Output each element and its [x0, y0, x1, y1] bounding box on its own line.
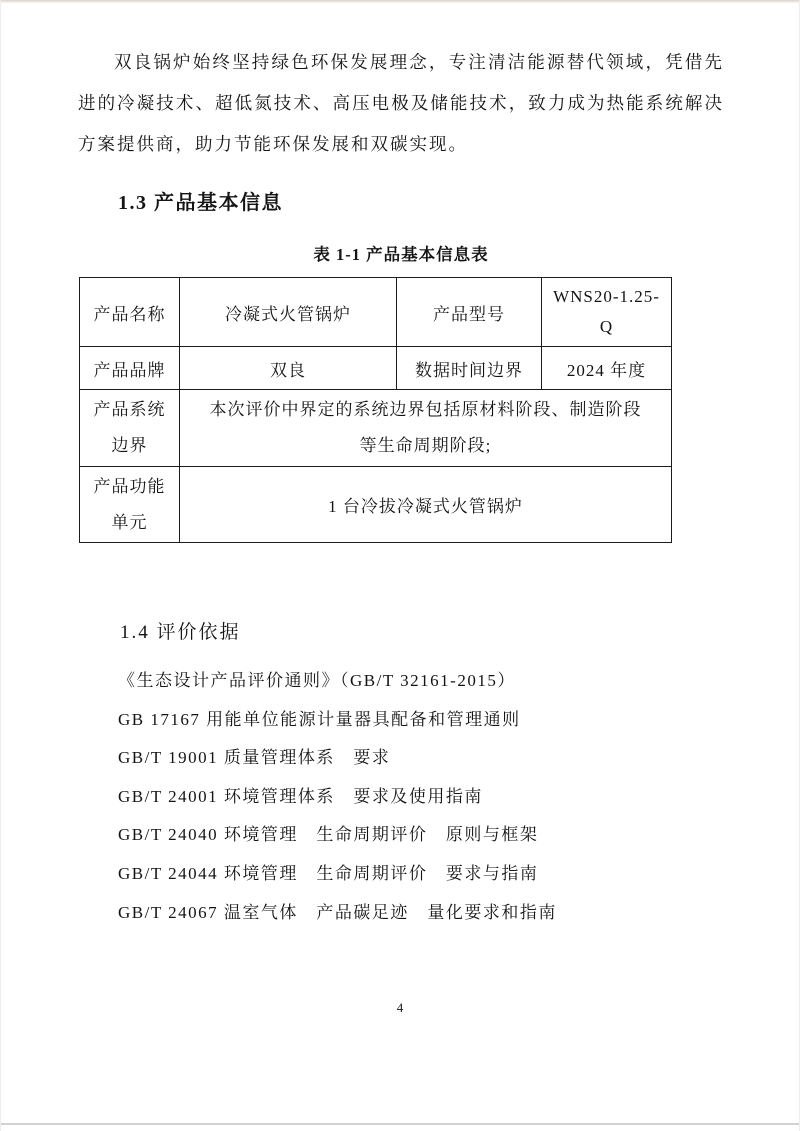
- paragraph-line: 方案提供商，助力节能环保发展和双碳实现。: [78, 124, 724, 165]
- cell-product-model-value: WNS20-1.25- Q: [542, 278, 672, 347]
- intro-paragraph: 双良锅炉始终坚持绿色环保发展理念，专注清洁能源替代领域，凭借先 进的冷凝技术、超…: [78, 42, 724, 165]
- cell-product-name-value: 冷凝式火管锅炉: [180, 278, 397, 347]
- cell-data-time-boundary-label: 数据时间边界: [397, 347, 542, 390]
- cell-product-model-label: 产品型号: [397, 278, 542, 347]
- reference-item: GB 17167 用能单位能源计量器具配备和管理通则: [118, 701, 738, 740]
- reference-item: GB/T 24040 环境管理 生命周期评价 原则与框架: [118, 816, 738, 855]
- page-bottom-edge: [0, 1123, 800, 1125]
- cell-functional-unit-label: 产品功能 单元: [80, 467, 180, 543]
- table-caption: 表 1-1 产品基本信息表: [78, 241, 724, 265]
- cell-product-name-label: 产品名称: [80, 278, 180, 347]
- cell-product-brand-label: 产品品牌: [80, 347, 180, 390]
- reference-item: GB/T 19001 质量管理体系 要求: [118, 739, 738, 778]
- paragraph-line: 进的冷凝技术、超低氮技术、高压电极及储能技术，致力成为热能系统解决: [78, 83, 724, 124]
- paragraph-line: 双良锅炉始终坚持绿色环保发展理念，专注清洁能源替代领域，凭借先: [78, 42, 724, 83]
- reference-item: GB/T 24001 环境管理体系 要求及使用指南: [118, 778, 738, 817]
- cell-system-boundary-label: 产品系统 边界: [80, 390, 180, 467]
- section-heading-1-3: 1.3 产品基本信息: [118, 186, 283, 215]
- reference-item: 《生态设计产品评价通则》（GB/T 32161-2015）: [118, 662, 738, 701]
- reference-item: GB/T 24044 环境管理 生命周期评价 要求与指南: [118, 855, 738, 894]
- section-heading-1-4: 1.4 评价依据: [120, 617, 241, 644]
- table-row: 产品功能 单元 1 台冷拔冷凝式火管锅炉: [80, 467, 672, 543]
- reference-list: 《生态设计产品评价通则》（GB/T 32161-2015） GB 17167 用…: [118, 662, 738, 932]
- table-row: 产品系统 边界 本次评价中界定的系统边界包括原材料阶段、制造阶段 等生命周期阶段…: [80, 390, 672, 467]
- page-top-edge: [0, 0, 800, 3]
- cell-functional-unit-value: 1 台冷拔冷凝式火管锅炉: [180, 467, 672, 543]
- cell-product-brand-value: 双良: [180, 347, 397, 390]
- table-row: 产品品牌 双良 数据时间边界 2024 年度: [80, 347, 672, 390]
- cell-system-boundary-value: 本次评价中界定的系统边界包括原材料阶段、制造阶段 等生命周期阶段;: [180, 390, 672, 467]
- product-info-table: 产品名称 冷凝式火管锅炉 产品型号 WNS20-1.25- Q 产品品牌 双良 …: [79, 277, 672, 543]
- page-left-edge: [0, 0, 1, 1131]
- page-number: 4: [0, 1000, 800, 1016]
- table-row: 产品名称 冷凝式火管锅炉 产品型号 WNS20-1.25- Q: [80, 278, 672, 347]
- cell-data-time-boundary-value: 2024 年度: [542, 347, 672, 390]
- reference-item: GB/T 24067 温室气体 产品碳足迹 量化要求和指南: [118, 894, 738, 933]
